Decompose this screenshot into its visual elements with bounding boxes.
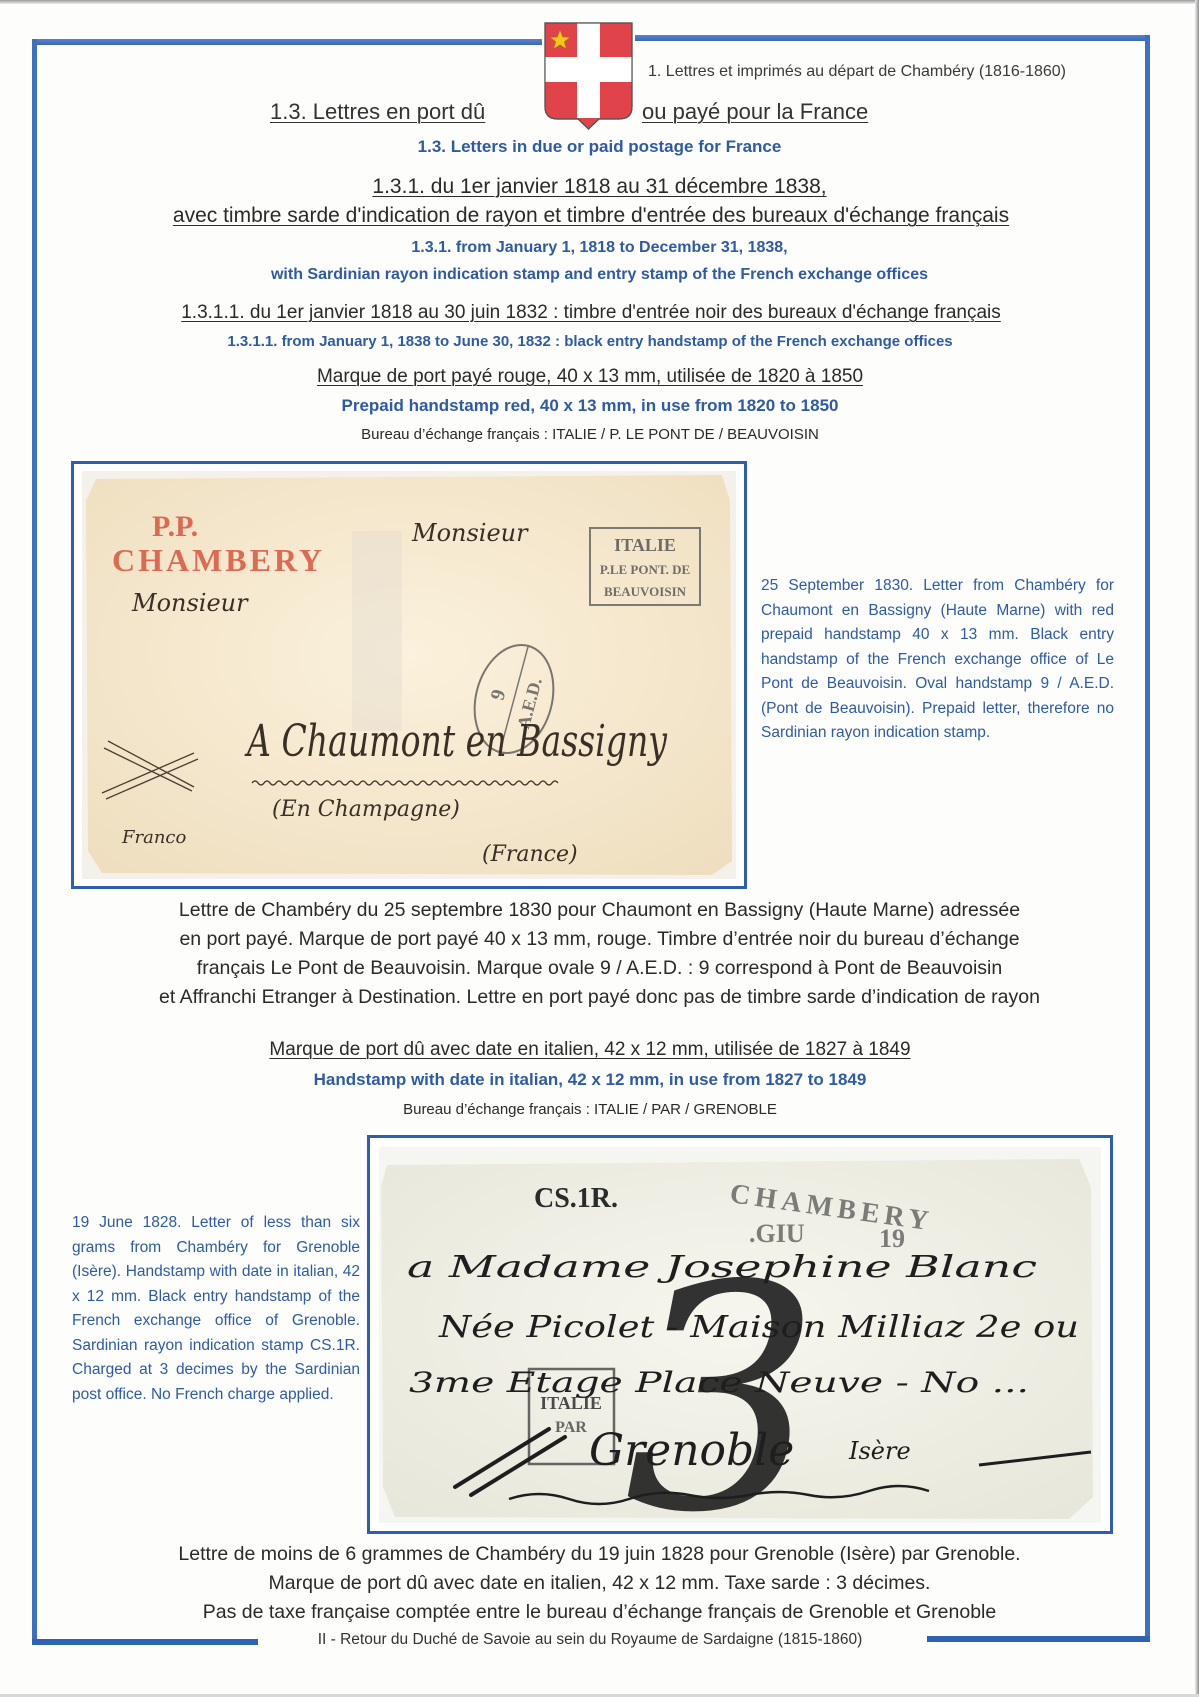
cover-image-grenoble: CS.1R. CHAMBERY .GIU 19 ITALIE PAR 3 a M… <box>379 1147 1101 1523</box>
svg-text:BEAUVOISIN: BEAUVOISIN <box>604 584 687 599</box>
script-addressee: a Madame Josephine Blanc <box>407 1250 1037 1285</box>
cover-image-frame: CS.1R. CHAMBERY .GIU 19 ITALIE PAR 3 a M… <box>367 1135 1113 1534</box>
subsubsection-heading-fr: 1.3.1.1. du 1er janvier 1818 au 30 juin … <box>0 302 1182 324</box>
rayon-stamp: CS.1R. <box>534 1183 618 1214</box>
subsection-heading-fr-line1: 1.3.1. du 1er janvier 1818 au 31 décembr… <box>0 175 1199 199</box>
scan-edge <box>0 0 1199 4</box>
section-heading-en: 1.3. Letters in due or paid postage for … <box>0 137 1199 157</box>
exchange-office: Bureau d’échange français : ITALIE / PAR… <box>0 1101 1180 1118</box>
subsection-heading-fr-line2: avec timbre sarde d'indication de rayon … <box>0 204 1182 228</box>
mark-title-fr: Marque de port payé rouge, 40 x 13 mm, u… <box>0 366 1180 388</box>
svg-text:P.LE PONT. DE: P.LE PONT. DE <box>600 562 690 577</box>
mark-title-en: Handstamp with date in italian, 42 x 12 … <box>0 1070 1180 1090</box>
caption-line: Lettre de Chambéry du 25 septembre 1830 … <box>0 896 1199 925</box>
script-salutation: Monsieur <box>411 519 529 547</box>
svg-text:PAR: PAR <box>555 1419 587 1436</box>
subsection-heading-en-line1: 1.3.1. from January 1, 1818 to December … <box>0 239 1199 257</box>
cover-description-en: 25 September 1830. Letter from Chambéry … <box>761 574 1114 746</box>
section-heading-fr-part1: 1.3. Lettres en port dû <box>270 99 485 125</box>
mark-title-fr: Marque de port dû avec date en italien, … <box>0 1039 1180 1061</box>
svg-text:19: 19 <box>879 1224 905 1253</box>
section-heading-fr-part2: ou payé pour la France <box>642 99 868 125</box>
page-footer: II - Retour du Duché de Savoie au sein d… <box>0 1631 1180 1649</box>
red-prepaid-stamp: P.P. <box>152 510 198 543</box>
script-city: Grenoble <box>589 1425 794 1476</box>
cover-image-chaumont: P.P. CHAMBERY ITALIE P.LE PONT. DE BEAUV… <box>82 471 736 879</box>
cover-caption-fr: Lettre de moins de 6 grammes de Chambéry… <box>0 1540 1199 1627</box>
mark-title-en: Prepaid handstamp red, 40 x 13 mm, in us… <box>0 396 1180 416</box>
svg-text:CHAMBERY: CHAMBERY <box>112 542 322 578</box>
subsection-heading-en-line2: with Sardinian rayon indication stamp an… <box>0 266 1199 284</box>
svg-text:ITALIE: ITALIE <box>614 535 676 555</box>
page-frame-top-right <box>635 35 1149 41</box>
caption-line: et Affranchi Etranger à Destination. Let… <box>0 983 1199 1012</box>
svg-text:(En Champagne): (En Champagne) <box>272 797 460 822</box>
cover-image-frame: P.P. CHAMBERY ITALIE P.LE PONT. DE BEAUV… <box>71 461 747 889</box>
caption-line: Marque de port dû avec date en italien, … <box>0 1569 1199 1598</box>
svg-text:Née Picolet - Maison Milliaz 2: Née Picolet - Maison Milliaz 2e ou <box>438 1310 1079 1345</box>
svg-text:Monsieur: Monsieur <box>131 589 249 617</box>
caption-line: Pas de taxe française comptée entre le b… <box>0 1598 1199 1627</box>
series-title: 1. Lettres et imprimés au départ de Cham… <box>648 63 1066 81</box>
caption-line: français Le Pont de Beauvoisin. Marque o… <box>0 954 1199 983</box>
cover-caption-fr: Lettre de Chambéry du 25 septembre 1830 … <box>0 896 1199 1012</box>
caption-line: Lettre de moins de 6 grammes de Chambéry… <box>0 1540 1199 1569</box>
cover-description-en: 19 June 1828. Letter of less than six gr… <box>72 1211 360 1407</box>
page-frame-top-left <box>32 39 542 45</box>
coat-of-arms-icon <box>543 21 634 133</box>
subsubsection-heading-en: 1.3.1.1. from January 1, 1838 to June 30… <box>0 333 1180 350</box>
svg-text:Franco: Franco <box>121 827 186 848</box>
script-address: A Chaumont en Bassigny <box>244 716 668 767</box>
svg-text:3me Etage Place Neuve - No ...: 3me Etage Place Neuve - No ... <box>409 1366 1029 1399</box>
exchange-office: Bureau d’échange français : ITALIE / P. … <box>0 426 1180 443</box>
svg-text:Isère: Isère <box>848 1437 911 1465</box>
svg-text:(France): (France) <box>482 842 578 867</box>
caption-line: en port payé. Marque de port payé 40 x 1… <box>0 925 1199 954</box>
